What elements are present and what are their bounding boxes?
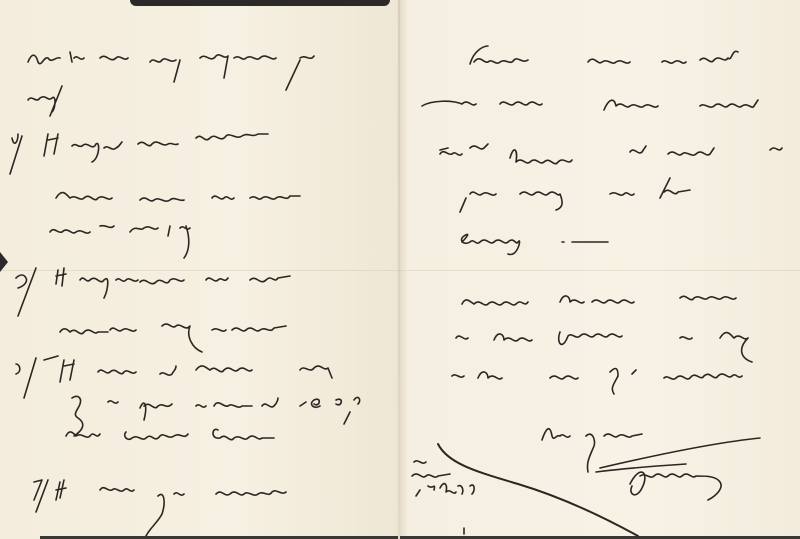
letter-sheet: βελτ. της ιδικής μου φροντίδας και ευθύ-…	[0, 0, 800, 539]
handwriting-ink	[0, 0, 800, 539]
